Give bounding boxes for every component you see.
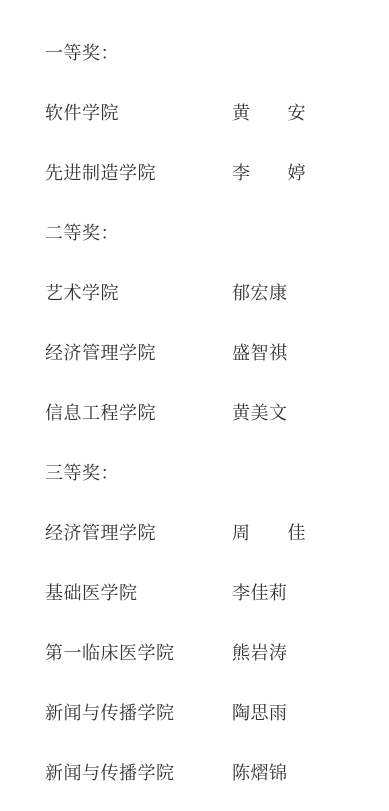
award-entry: 经济管理学院 周 佳 — [45, 502, 389, 562]
section-heading-third-prize: 三等奖： — [45, 442, 389, 502]
document-body: 一等奖： 软件学院 黄 安 先进制造学院 李 婷 二等奖： 艺术学院 郁宏康 经… — [45, 22, 389, 802]
winner-name: 熊岩涛 — [232, 639, 288, 665]
award-entry: 第一临床医学院 熊岩涛 — [45, 622, 389, 682]
award-entry: 信息工程学院 黄美文 — [45, 382, 389, 442]
award-entry: 经济管理学院 盛智祺 — [45, 322, 389, 382]
college-name: 先进制造学院 — [45, 159, 232, 185]
winner-name: 陈熠锦 — [232, 759, 288, 785]
winner-name: 陶思雨 — [232, 699, 288, 725]
section-heading-label: 三等奖： — [45, 459, 119, 485]
award-entry: 艺术学院 郁宏康 — [45, 262, 389, 322]
winner-name: 周 佳 — [232, 519, 306, 545]
award-list-document: 一等奖： 软件学院 黄 安 先进制造学院 李 婷 二等奖： 艺术学院 郁宏康 经… — [0, 0, 389, 811]
winner-name: 黄 安 — [232, 99, 306, 125]
section-heading-label: 一等奖： — [45, 39, 119, 65]
college-name: 经济管理学院 — [45, 519, 232, 545]
award-entry: 先进制造学院 李 婷 — [45, 142, 389, 202]
section-heading-label: 二等奖： — [45, 219, 119, 245]
college-name: 基础医学院 — [45, 579, 232, 605]
winner-name: 黄美文 — [232, 399, 288, 425]
section-heading-second-prize: 二等奖： — [45, 202, 389, 262]
winner-name: 郁宏康 — [232, 279, 288, 305]
section-heading-first-prize: 一等奖： — [45, 22, 389, 82]
winner-name: 李 婷 — [232, 159, 306, 185]
award-entry: 新闻与传播学院 陶思雨 — [45, 682, 389, 742]
award-entry: 新闻与传播学院 陈熠锦 — [45, 742, 389, 802]
college-name: 新闻与传播学院 — [45, 699, 232, 725]
winner-name: 李佳莉 — [232, 579, 288, 605]
college-name: 第一临床医学院 — [45, 639, 232, 665]
college-name: 经济管理学院 — [45, 339, 232, 365]
winner-name: 盛智祺 — [232, 339, 288, 365]
college-name: 软件学院 — [45, 99, 232, 125]
college-name: 艺术学院 — [45, 279, 232, 305]
college-name: 信息工程学院 — [45, 399, 232, 425]
award-entry: 软件学院 黄 安 — [45, 82, 389, 142]
college-name: 新闻与传播学院 — [45, 759, 232, 785]
award-entry: 基础医学院 李佳莉 — [45, 562, 389, 622]
